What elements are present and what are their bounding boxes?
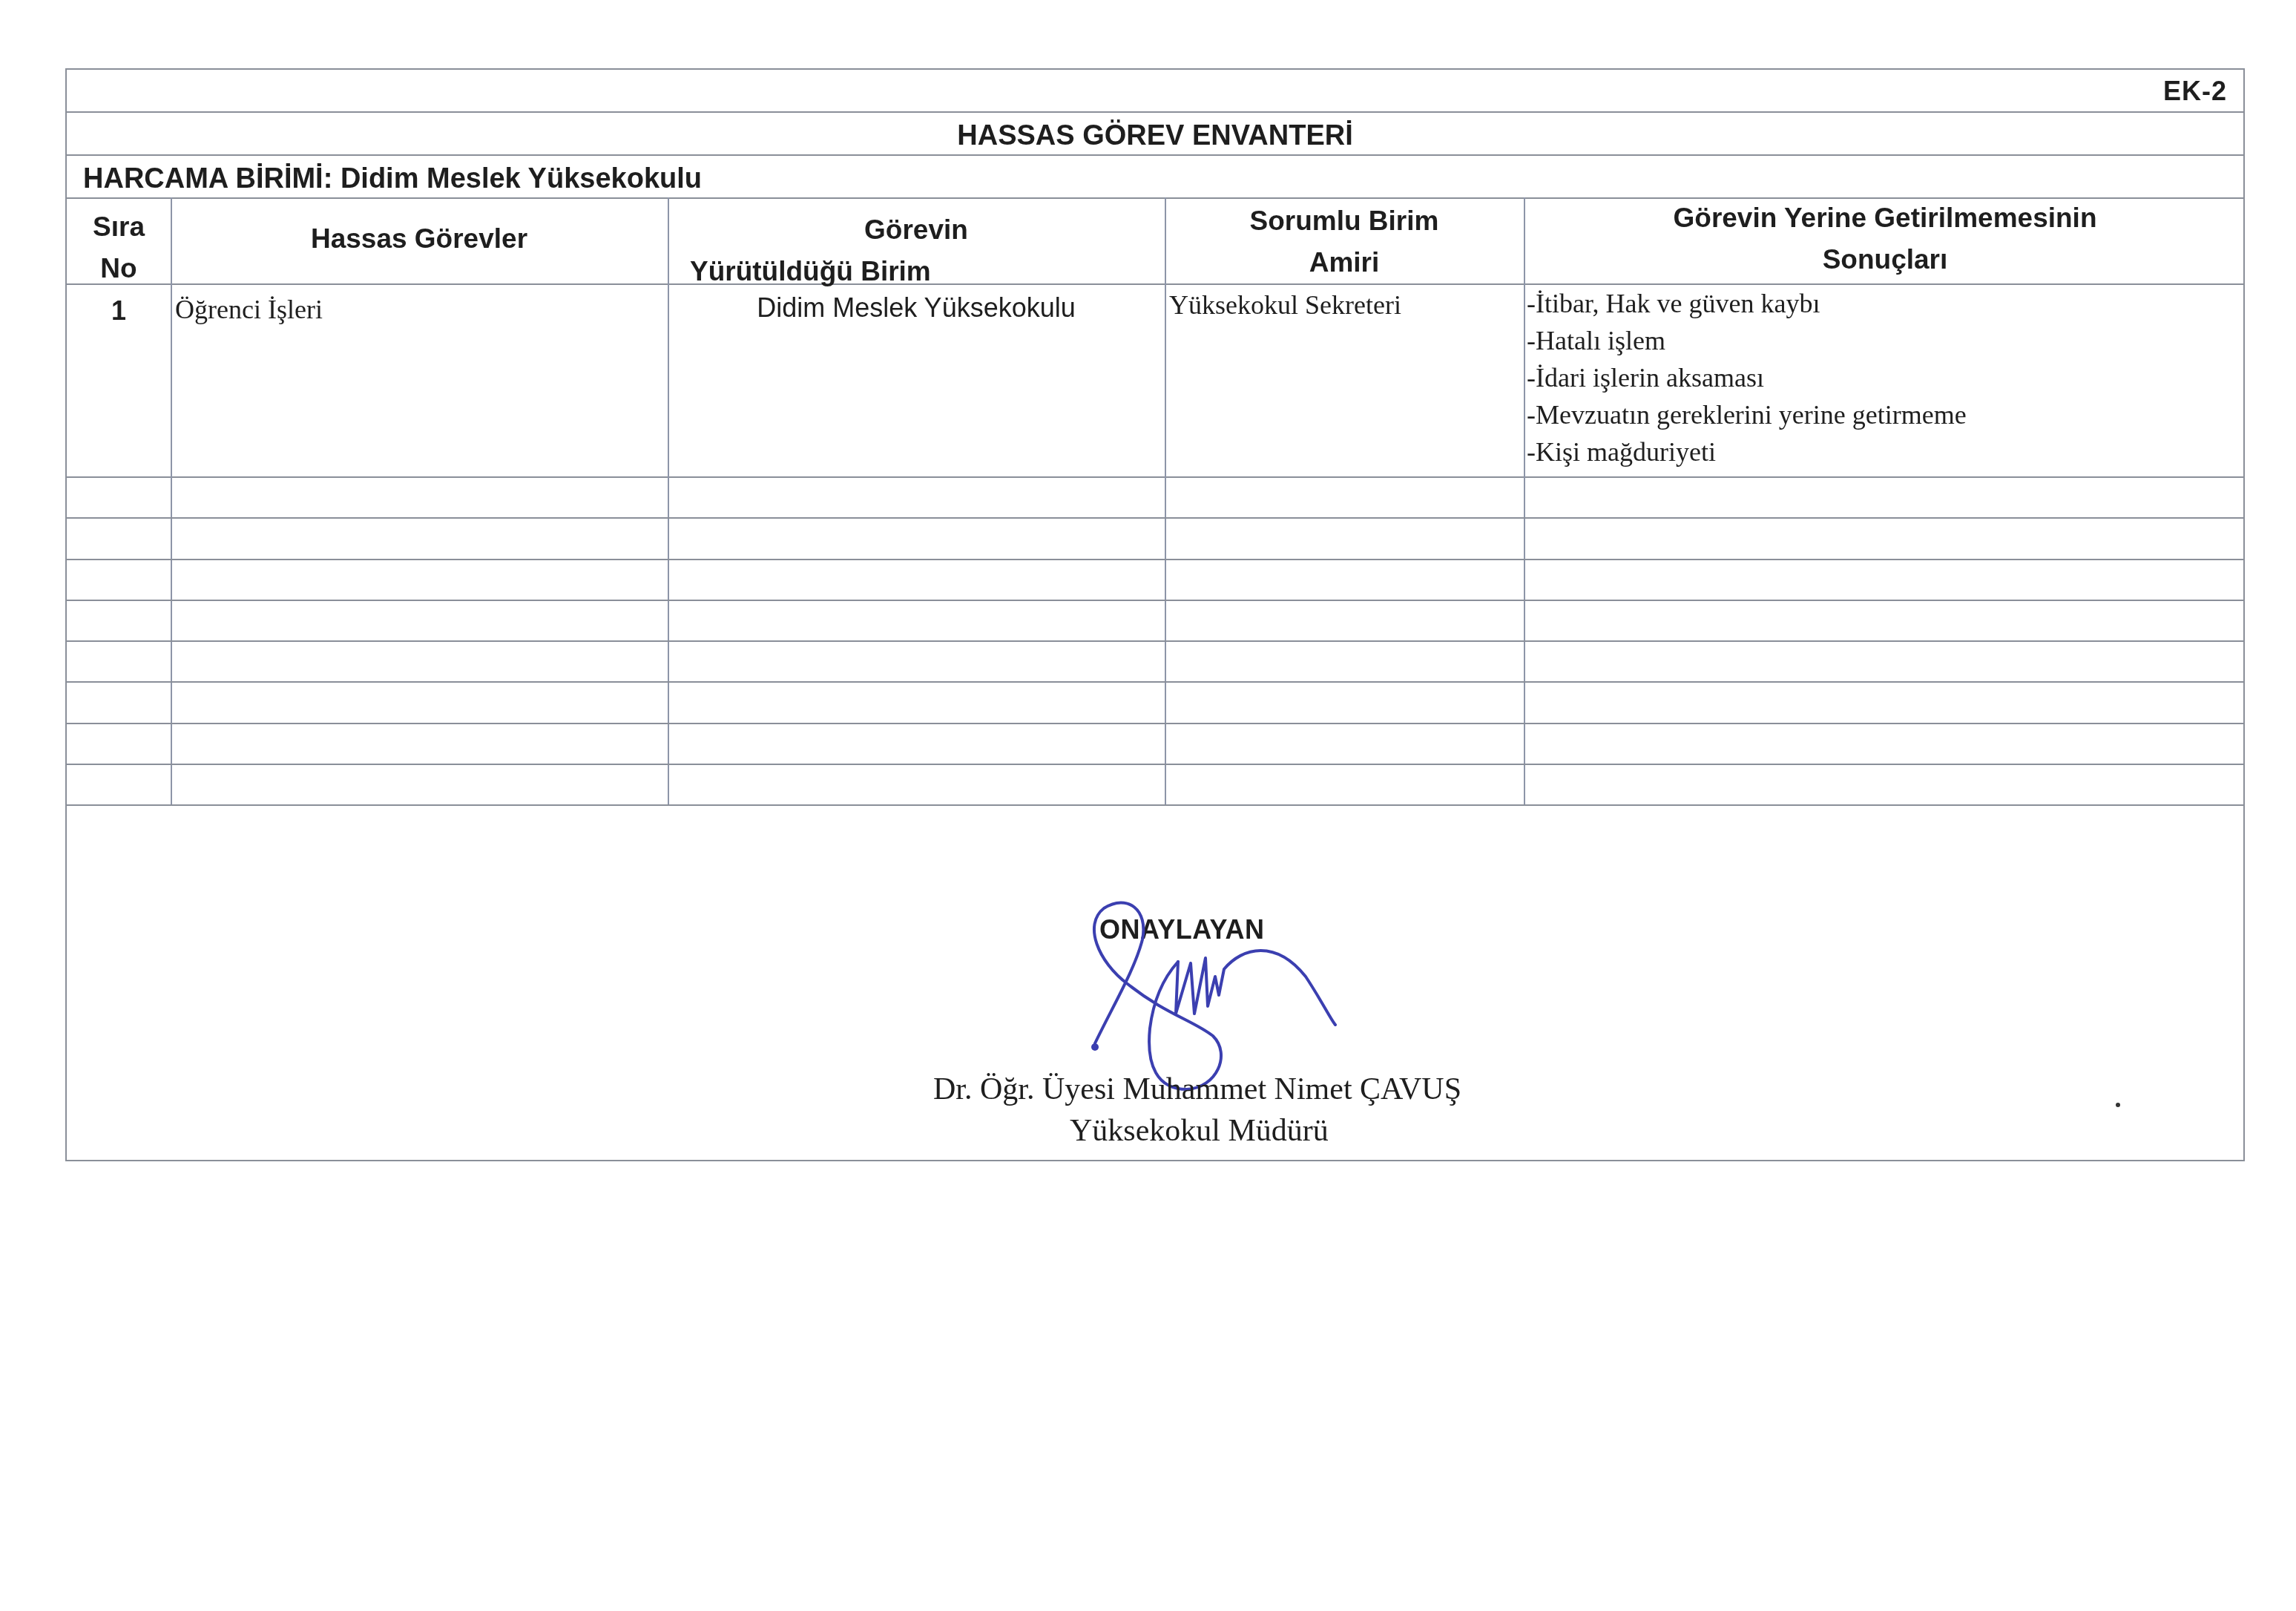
empty-table-row (67, 681, 2243, 683)
divider (67, 154, 2243, 156)
divider (67, 111, 2243, 113)
header-unit: Görevin Yürütüldüğü Birim (668, 209, 1165, 292)
page-title: HASSAS GÖREV ENVANTERİ (67, 120, 2243, 152)
row-manager: Yüksekokul Sekreteri (1169, 286, 1401, 324)
consequence-item: -Mevzuatın gereklerini yerine getirmeme (1527, 396, 1967, 433)
header-consequences: Görevin Yerine Getirilmemesinin Sonuçlar… (1524, 197, 2246, 280)
header-no: No (67, 248, 171, 289)
spending-unit: HARCAMA BİRİMİ: Didim Meslek Yüksekokulu (83, 163, 702, 195)
empty-table-row (67, 559, 2243, 560)
consequence-item: -İtibar, Hak ve güven kaybı (1527, 285, 1967, 322)
header-unit-line1: Görevin (668, 209, 1165, 251)
inventory-form: EK-2 HASSAS GÖREV ENVANTERİ HARCAMA BİRİ… (65, 68, 2245, 1161)
header-manager: Sorumlu Birim Amiri (1165, 200, 1524, 283)
empty-table-row (67, 723, 2243, 724)
header-consequences-line1: Görevin Yerine Getirilmemesinin (1524, 197, 2246, 239)
column-divider (171, 197, 172, 804)
consequence-item: -İdari işlerin aksaması (1527, 359, 1967, 396)
spending-unit-label: HARCAMA BİRİMİ: (83, 163, 332, 194)
row-unit: Didim Meslek Yüksekokulu (668, 289, 1165, 327)
empty-table-row (67, 764, 2243, 765)
empty-table-row (67, 600, 2243, 601)
scan-speck (2116, 1103, 2120, 1107)
empty-table-row (67, 640, 2243, 642)
consequence-item: -Kişi mağduriyeti (1527, 433, 1967, 470)
divider (67, 476, 2243, 478)
header-task-label: Hassas Görevler (171, 218, 668, 260)
row-task: Öğrenci İşleri (175, 291, 323, 328)
spending-unit-value: Didim Meslek Yüksekokulu (341, 163, 702, 194)
column-divider (1165, 197, 1166, 804)
empty-table-row (67, 804, 2243, 806)
column-divider (1524, 197, 1525, 804)
header-manager-line2: Amiri (1165, 242, 1524, 283)
empty-table-row (67, 517, 2243, 519)
consequence-item: -Hatalı işlem (1527, 322, 1967, 359)
header-sira-no: Sıra No (67, 206, 171, 289)
header-unit-line2: Yürütüldüğü Birim (668, 251, 1165, 292)
signer-title: Yüksekokul Müdürü (1070, 1113, 1329, 1149)
header-consequences-line2: Sonuçları (1524, 239, 2246, 280)
header-manager-line1: Sorumlu Birim (1165, 200, 1524, 242)
row-number: 1 (67, 292, 171, 329)
signature-icon (1083, 895, 1350, 1095)
row-consequences: -İtibar, Hak ve güven kaybı -Hatalı işle… (1527, 285, 1967, 470)
signer-name: Dr. Öğr. Üyesi Muhammet Nimet ÇAVUŞ (933, 1072, 1461, 1107)
header-task: Hassas Görevler (171, 218, 668, 260)
header-sira: Sıra (67, 206, 171, 248)
annex-label: EK-2 (2163, 76, 2227, 107)
